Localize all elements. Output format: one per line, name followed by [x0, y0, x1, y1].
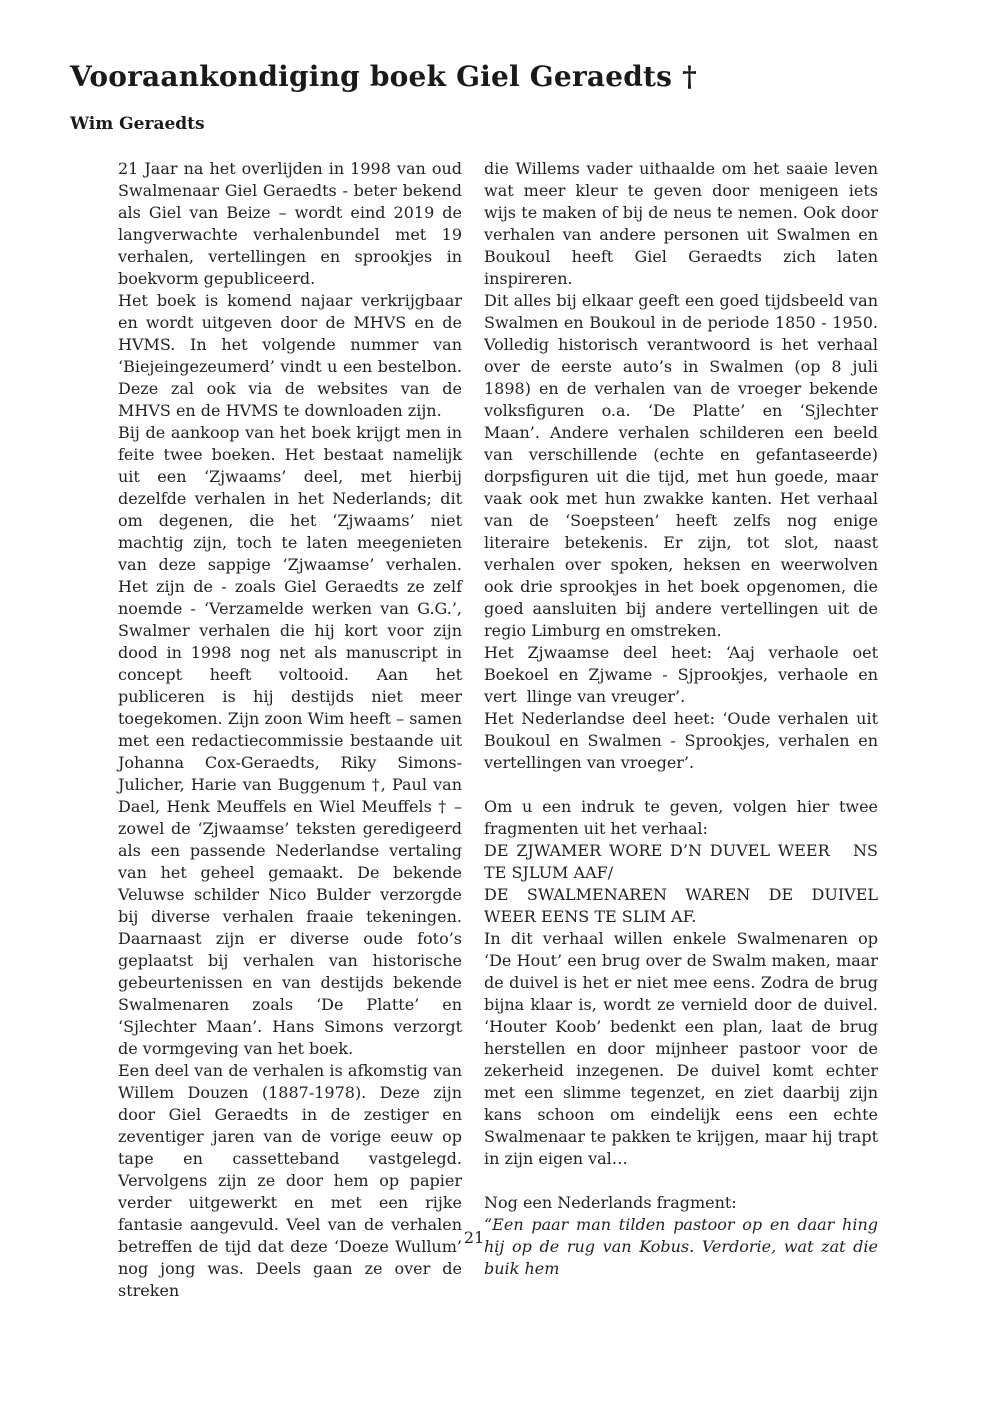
left-column: 21 Jaar na het overlijden in 1998 van ou…	[118, 158, 462, 1302]
paragraph: In dit verhaal willen enkele Swalmenaren…	[484, 928, 878, 1170]
author-byline: Wim Geraedts	[70, 114, 878, 134]
page-content: Vooraankondiging boek Giel Geraedts † Wi…	[70, 60, 878, 1302]
paragraph: Bij de aankoop van het boek krijgt men i…	[118, 422, 462, 1060]
paragraph: Om u een indruk te geven, volgen hier tw…	[484, 796, 878, 840]
page-title: Vooraankondiging boek Giel Geraedts †	[70, 60, 878, 94]
two-column-body: 21 Jaar na het overlijden in 1998 van ou…	[70, 158, 878, 1302]
document-page: Vooraankondiging boek Giel Geraedts † Wi…	[0, 0, 1000, 1415]
page-number: 21	[70, 1228, 878, 1247]
paragraph: Nog een Nederlands fragment:	[484, 1192, 878, 1214]
fragment-title-dialect: DE ZJWAMER WORE D’N DUVEL WEER NS TE SJL…	[484, 840, 878, 884]
right-column: die Willems vader uithaalde om het saaie…	[484, 158, 878, 1302]
paragraph: Het Zjwaamse deel heet: ‘Aaj verhaole oe…	[484, 642, 878, 708]
paragraph: 21 Jaar na het overlijden in 1998 van ou…	[118, 158, 462, 290]
paragraph: Dit alles bij elkaar geeft een goed tijd…	[484, 290, 878, 642]
paragraph: Een deel van de verhalen is afkomstig va…	[118, 1060, 462, 1302]
paragraph: die Willems vader uithaalde om het saaie…	[484, 158, 878, 290]
paragraph: Het Nederlandse deel heet: ‘Oude verhale…	[484, 708, 878, 774]
paragraph: Het boek is komend najaar verkrijgbaar e…	[118, 290, 462, 422]
fragment-title-dutch: DE SWALMENAREN WAREN DE DUIVEL WEER EENS…	[484, 884, 878, 928]
